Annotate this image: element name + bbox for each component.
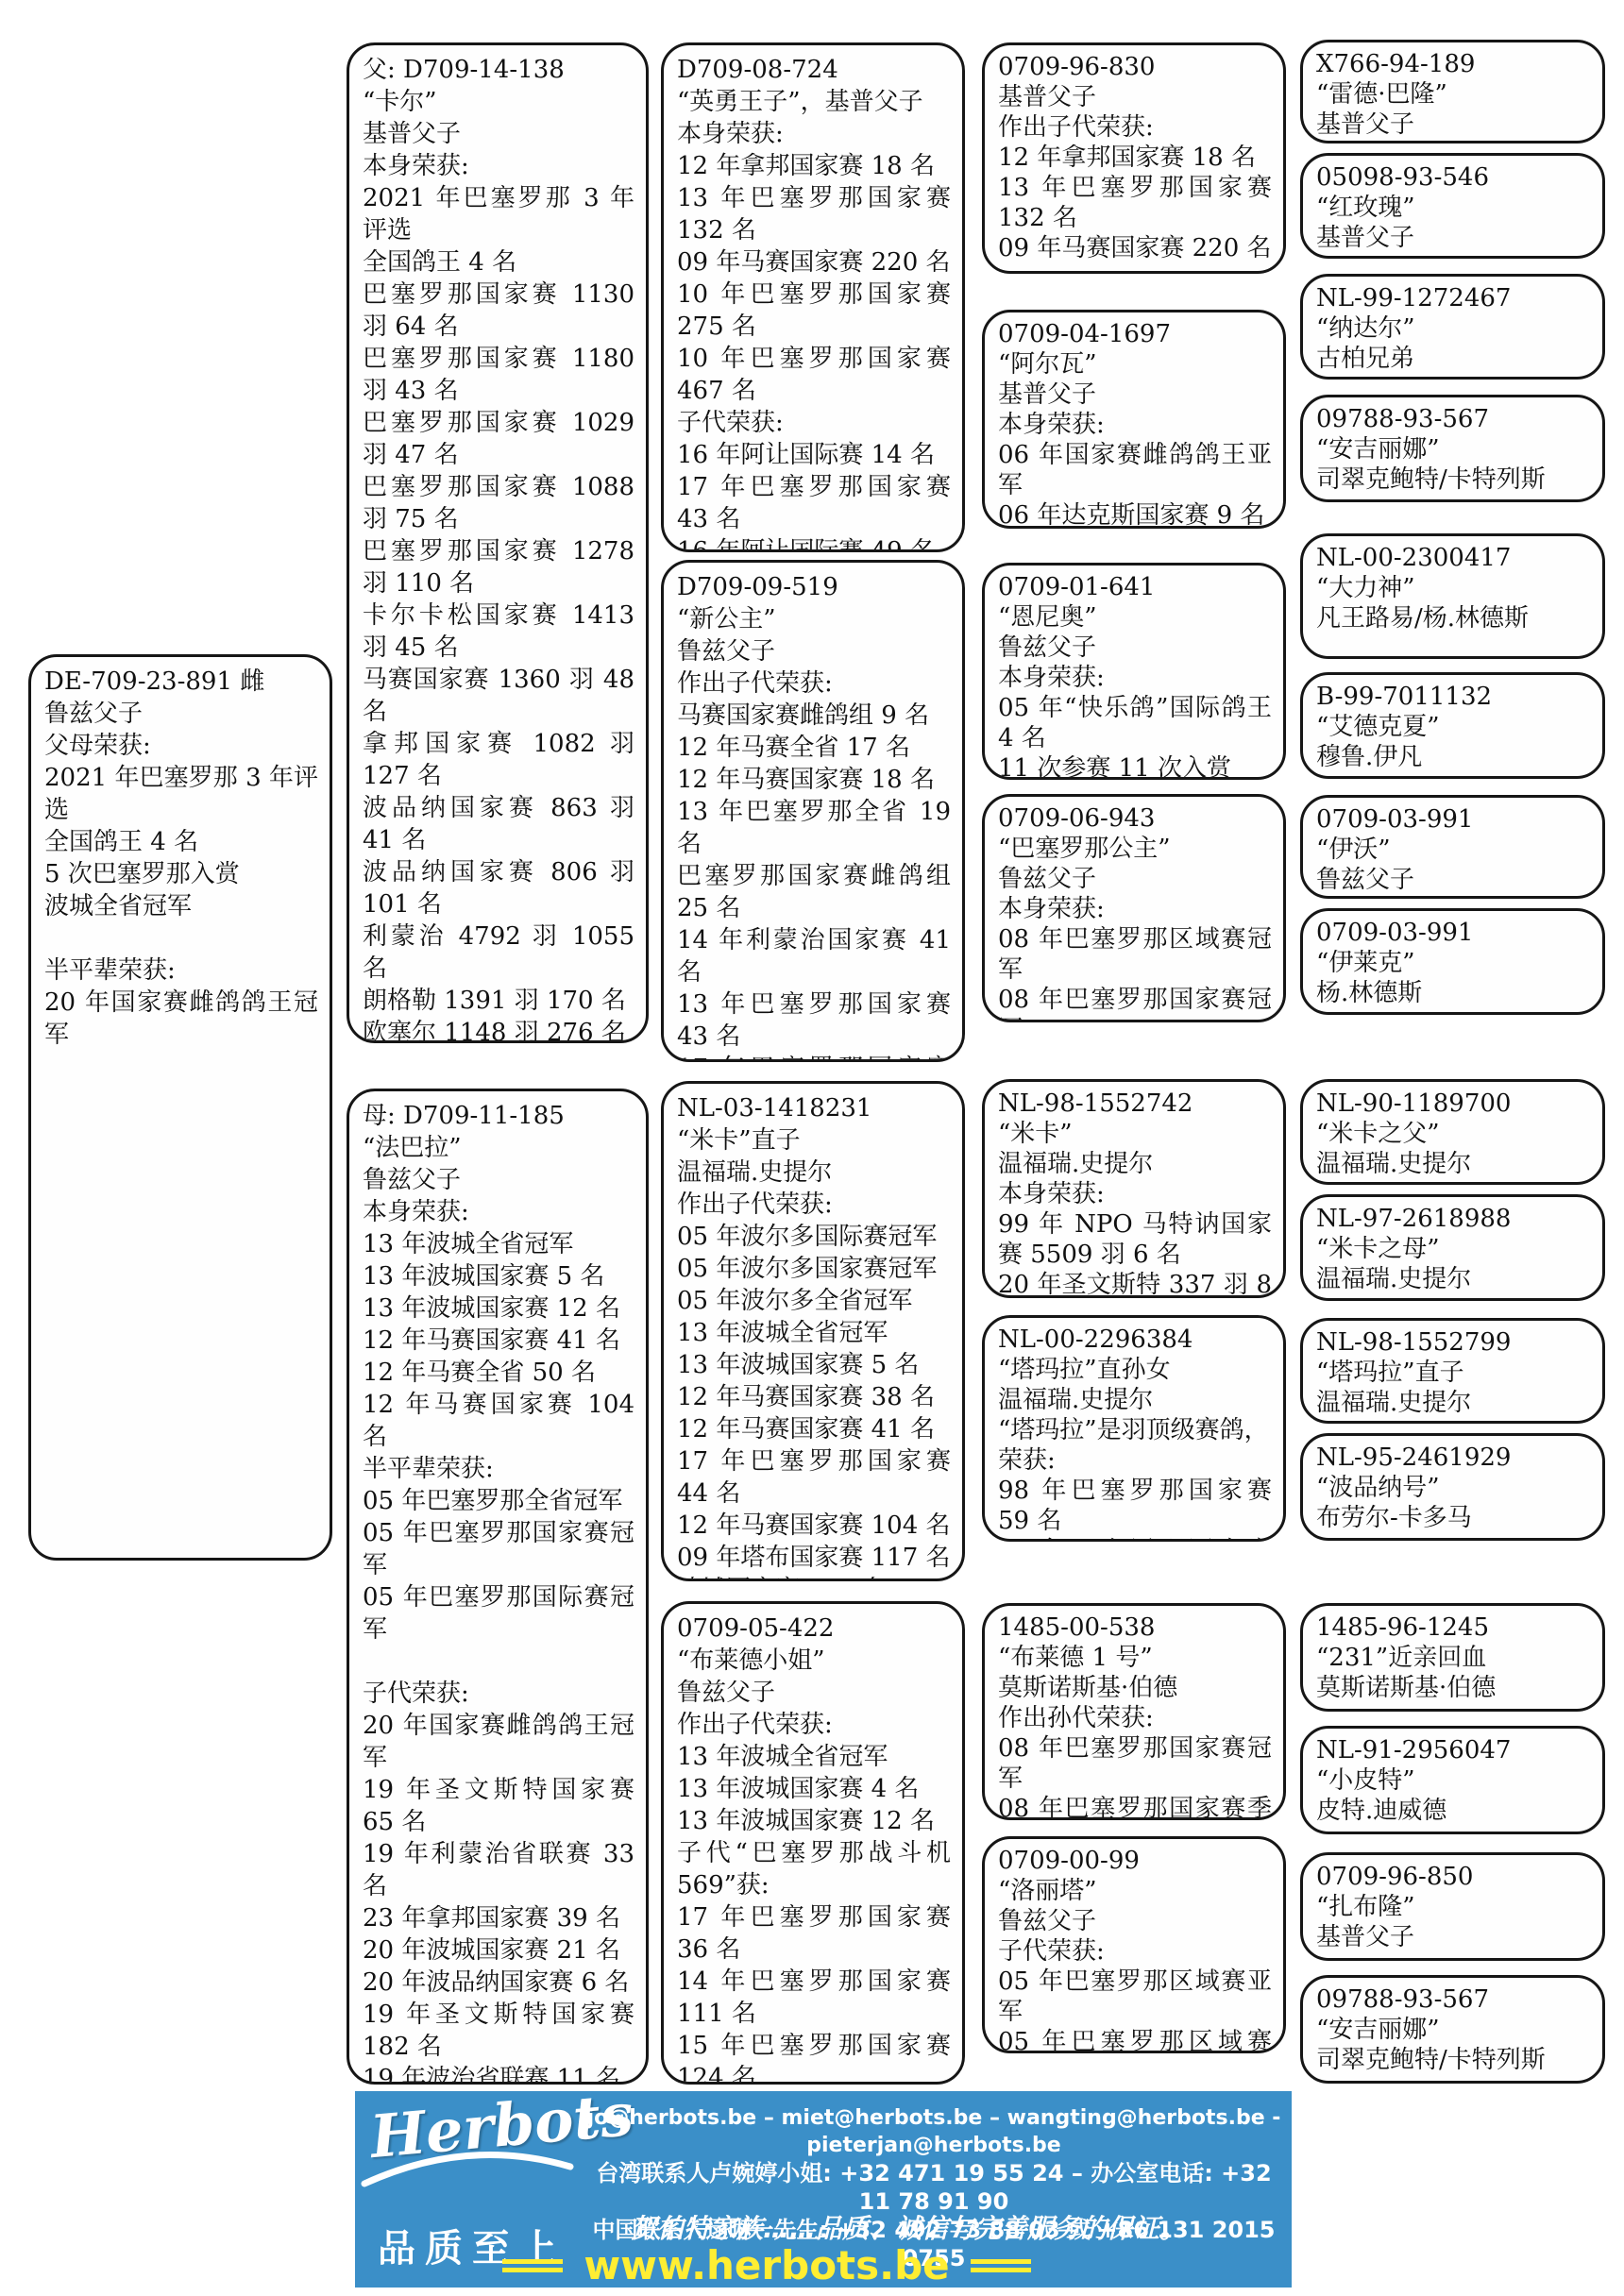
text-line: 12 年马赛国家赛 38 名 <box>677 1381 951 1413</box>
text-line: 09 年塔布国家赛 117 名 <box>677 1542 951 1574</box>
text-line: “伊沃” <box>1316 835 1591 865</box>
text-line: 作出子代荣获: <box>677 667 951 700</box>
text-line: 0709-06-943 <box>998 803 1272 834</box>
pedigree-box-father: 父: D709-14-138“卡尔”基普父子本身荣获:2021 年巴塞罗那 3 … <box>347 42 649 1043</box>
text-line: 本身荣获: <box>998 1179 1272 1209</box>
text-line: 05 年波尔多国家赛冠军 <box>677 1253 951 1285</box>
text-line: 穆鲁.伊凡 <box>1316 742 1591 772</box>
text-line: 20 年波品纳国家赛 6 名 <box>363 1967 634 1999</box>
text-line: “塔玛拉”是羽顶级赛鸽， <box>998 1415 1272 1445</box>
text-line: 13 年波城全省冠军 <box>677 1317 951 1349</box>
text-line: 12 年拿邦国家赛 18 名 <box>677 150 951 182</box>
text-line: 08 年巴塞罗那区域赛冠军 <box>998 924 1272 985</box>
text-line: “安吉丽娜” <box>1316 434 1591 464</box>
text-line: 温福瑞.史提尔 <box>677 1156 951 1189</box>
text-line: 作出子代荣获: <box>677 1709 951 1741</box>
text-line: 05098-93-546 <box>1316 162 1591 193</box>
text-line: 布劳尔-卡多马 <box>1316 1503 1591 1533</box>
text-line: “米卡”直子 <box>677 1124 951 1156</box>
text-line: 15 年巴塞罗那国家赛 124 名 <box>677 2030 951 2085</box>
text-line: 99 年 NPO 马特讷国家赛 5509 羽 6 名 <box>998 1209 1272 1270</box>
text-line: 09788-93-567 <box>1316 404 1591 434</box>
text-line: 19 年利蒙治省联赛 33 名 <box>363 1838 634 1902</box>
footer-tagline: 贺伯特家族……品质、诚信与完善服务的保证。 <box>525 2208 1292 2246</box>
text-line: 温福瑞.史提尔 <box>1316 1149 1591 1179</box>
pedigree-box-gen5-5: NL-00-2300417“大力神”凡王路易/杨.林德斯 <box>1300 533 1605 659</box>
text-line: 司翠克鲍特/卡特列斯 <box>1316 2045 1591 2075</box>
text-line: 巴塞罗那国家赛 1088 羽 75 名 <box>363 471 634 535</box>
text-line: 波品纳国家赛 806 羽 101 名 <box>363 856 634 920</box>
pedigree-box-gen3-1: D709-08-724“英勇王子”，基普父子本身荣获:12 年拿邦国家赛 18 … <box>661 42 965 552</box>
text-line: 全国鸽王 4 名 <box>44 826 318 858</box>
text-line: 鲁兹父子 <box>44 698 318 730</box>
pedigree-box-gen4-6: NL-00-2296384“塔玛拉”直孙女温福瑞.史提尔“塔玛拉”是羽顶级赛鸽，… <box>982 1315 1286 1542</box>
text-line: “雷德·巴隆” <box>1316 79 1591 110</box>
footer-banner: Herbots 品质至上 jo@herbots.be – miet@herbot… <box>355 2091 1292 2288</box>
text-line: 11 次参赛 11 次入赏 <box>998 753 1272 780</box>
text-line: NL-00-2300417 <box>1316 543 1591 573</box>
text-line: 17 年巴塞罗那国家赛 43 名 <box>677 1053 951 1062</box>
text-line: 06 年达克斯国家赛 9 名 <box>998 500 1272 529</box>
text-line: 杨.林德斯 <box>1316 978 1591 1008</box>
text-line: 05 年巴塞罗那区域赛 19 名 <box>998 2027 1272 2053</box>
pedigree-box-gen3-3: NL-03-1418231“米卡”直子温福瑞.史提尔作出子代荣获:05 年波尔多… <box>661 1081 965 1581</box>
pedigree-document: DE-709-23-891 雌鲁兹父子父母荣获:2021 年巴塞罗那 3 年评选… <box>0 0 1624 2296</box>
text-line: 0709-04-1697 <box>998 319 1272 349</box>
pedigree-box-gen5-10: NL-97-2618988“米卡之母”温福瑞.史提尔 <box>1300 1194 1605 1301</box>
text-line: 温福瑞.史提尔 <box>1316 1264 1591 1294</box>
text-line: 莫斯诺斯基·伯德 <box>998 1673 1272 1703</box>
text-line: 20 年波城国家赛 21 名 <box>363 1934 634 1967</box>
text-line: 鲁兹父子 <box>677 1677 951 1709</box>
text-line: 基普父子 <box>363 118 634 150</box>
text-line: “米卡之母” <box>1316 1234 1591 1264</box>
text-line: 05 年波尔多全省冠军 <box>677 1285 951 1317</box>
text-line: “扎布隆” <box>1316 1892 1591 1922</box>
pedigree-box-mother: 母: D709-11-185“法巴拉”鲁兹父子本身荣获:13 年波城全省冠军13… <box>347 1089 649 2085</box>
pedigree-box-gen5-15: 0709-96-850“扎布隆”基普父子 <box>1300 1852 1605 1961</box>
text-line: 基普父子 <box>1316 223 1591 253</box>
text-line: 05 年巴塞罗那区域赛亚军 <box>998 1967 1272 2027</box>
text-line: 鲁兹父子 <box>998 1906 1272 1936</box>
text-line: 作出孙代荣获: <box>998 1703 1272 1733</box>
text-line: “卡尔” <box>363 86 634 118</box>
text-line: 13 年巴塞罗那国家赛 43 名 <box>677 988 951 1053</box>
text-line: “巴塞罗那公主” <box>998 834 1272 864</box>
text-line: 本身荣获: <box>363 150 634 182</box>
text-line: 子代荣获: <box>998 1936 1272 1967</box>
text-line: 17 年巴塞罗那国家赛 36 名 <box>677 1901 951 1966</box>
text-line: “小皮特” <box>1316 1765 1591 1796</box>
text-line: NL-00-2296384 <box>998 1325 1272 1355</box>
text-line: 1485-00-538 <box>998 1612 1272 1643</box>
footer-website-url: www.herbots.be <box>584 2242 949 2288</box>
text-line: 98 年巴塞罗那国家赛 59 名 <box>998 1476 1272 1536</box>
text-line: 父: D709-14-138 <box>363 54 634 86</box>
text-line: 12 年马赛国家赛 104 名 <box>677 1510 951 1542</box>
text-line: 基普父子 <box>1316 110 1591 140</box>
text-line: 子代“巴塞罗那战斗机 569”获: <box>677 1837 951 1901</box>
text-line: 巴塞罗那国家赛 1130 羽 64 名 <box>363 279 634 343</box>
text-line: 温福瑞.史提尔 <box>1316 1388 1591 1418</box>
text-line: 05 年波尔多国际赛冠军 <box>677 1221 951 1253</box>
text-line: 13 年波城全省冠军 <box>677 1741 951 1773</box>
text-line: 0709-01-641 <box>998 572 1272 602</box>
text-line: 莫斯诺斯基·伯德 <box>1316 1673 1591 1703</box>
text-line: 09788-93-567 <box>1316 1984 1591 2015</box>
text-line: NL-97-2618988 <box>1316 1204 1591 1234</box>
url-decoration-left <box>502 2259 563 2272</box>
text-line: “恩尼奥” <box>998 602 1272 633</box>
text-line: 05 年“快乐鸽”国际鸽王 4 名 <box>998 693 1272 753</box>
text-line: “艾德克夏” <box>1316 712 1591 742</box>
text-line: 作出子代荣获: <box>998 112 1272 143</box>
text-line: 鲁兹父子 <box>998 633 1272 663</box>
pedigree-box-gen5-9: NL-90-1189700“米卡之父”温福瑞.史提尔 <box>1300 1079 1605 1185</box>
text-line: 19 年圣文斯特国家赛 65 名 <box>363 1774 634 1838</box>
text-line: 巴塞罗那国家赛雌鸽组 25 名 <box>677 860 951 924</box>
text-line: 波城国家赛 194 名 <box>677 1574 951 1581</box>
text-line: 20 年国家赛雌鸽鸽王冠军 <box>363 1710 634 1774</box>
text-line: 全国鸽王 4 名 <box>363 246 634 279</box>
pedigree-box-gen4-5: NL-98-1552742“米卡”温福瑞.史提尔本身荣获:99 年 NPO 马特… <box>982 1079 1286 1298</box>
pedigree-box-gen4-2: 0709-04-1697“阿尔瓦”基普父子本身荣获:06 年国家赛雌鸽鸽王亚军0… <box>982 310 1286 529</box>
text-line: 13 年波城国家赛 5 名 <box>363 1260 634 1292</box>
text-line: 巴塞罗那国家赛 1029 羽 47 名 <box>363 407 634 471</box>
pedigree-box-gen5-6: B-99-7011132“艾德克夏”穆鲁.伊凡 <box>1300 672 1605 779</box>
text-line: DE-709-23-891 雌 <box>44 666 318 698</box>
pedigree-box-gen5-16: 09788-93-567“安吉丽娜”司翠克鲍特/卡特列斯 <box>1300 1975 1605 2084</box>
text-line: “米卡” <box>998 1119 1272 1149</box>
text-line: 13 年巴塞罗那国家赛 132 名 <box>998 173 1272 233</box>
text-line: 基普父子 <box>998 82 1272 112</box>
text-line: 作出子代荣获: <box>677 1189 951 1221</box>
pedigree-box-gen5-2: 05098-93-546“红玫瑰”基普父子 <box>1300 153 1605 259</box>
text-line: 05 年巴塞罗那全省冠军 <box>363 1485 634 1517</box>
text-line: NL-03-1418231 <box>677 1092 951 1124</box>
text-line: NL-95-2461929 <box>1316 1443 1591 1473</box>
text-line: 12 年拿邦国家赛 18 名 <box>998 143 1272 173</box>
text-line: “布莱德 1 号” <box>998 1643 1272 1673</box>
text-line <box>363 1646 634 1678</box>
text-line: 半平辈荣获: <box>44 954 318 987</box>
text-line: 13 年波城全省冠军 <box>363 1228 634 1260</box>
text-line: 05 年巴塞罗那国家赛冠军 <box>363 1517 634 1581</box>
text-line: 子代荣获: <box>363 1678 634 1710</box>
footer-emails: jo@herbots.be – miet@herbots.be – wangti… <box>580 2104 1288 2159</box>
text-line: 19 年圣文斯特国家赛 182 名 <box>363 1999 634 2063</box>
url-decoration-right <box>971 2259 1031 2272</box>
text-line: D709-09-519 <box>677 571 951 603</box>
pedigree-box-gen5-12: NL-95-2461929“波品纳号”布劳尔-卡多马 <box>1300 1433 1605 1541</box>
text-line: X766-94-189 <box>1316 49 1591 79</box>
text-line: “安吉丽娜” <box>1316 2015 1591 2045</box>
text-line: 12 年马赛全省 50 名 <box>363 1357 634 1389</box>
text-line: 2021 年巴塞罗那 3 年评选 <box>363 182 634 246</box>
text-line: 马赛国家赛 1360 羽 48 名 <box>363 664 634 728</box>
text-line: 巴塞罗那国家赛 1180 羽 43 名 <box>363 343 634 407</box>
text-line: 古柏兄弟 <box>1316 344 1591 374</box>
text-line: 拿邦国家赛 1082 羽 127 名 <box>363 728 634 792</box>
text-line: 2021 年巴塞罗那 3 年评选 <box>44 762 318 826</box>
pedigree-box-gen5-11: NL-98-1552799“塔玛拉”直子温福瑞.史提尔 <box>1300 1318 1605 1424</box>
text-line: 鲁兹父子 <box>363 1164 634 1196</box>
pedigree-box-gen4-3: 0709-01-641“恩尼奥”鲁兹父子本身荣获:05 年“快乐鸽”国际鸽王 4… <box>982 563 1286 780</box>
text-line: NL-91-2956047 <box>1316 1735 1591 1765</box>
text-line: “伊莱克” <box>1316 948 1591 978</box>
text-line: 14 年利蒙治国家赛 41 名 <box>677 924 951 988</box>
text-line: 23 年拿邦国家赛 39 名 <box>363 1902 634 1934</box>
text-line <box>44 922 318 954</box>
text-line: 09 年马赛国家赛 220 名 <box>998 233 1272 263</box>
text-line: 皮特.迪威德 <box>1316 1796 1591 1826</box>
text-line: 0709-96-850 <box>1316 1862 1591 1892</box>
text-line: “布莱德小姐” <box>677 1645 951 1677</box>
text-line: 09 年马赛国家赛 220 名 <box>677 246 951 279</box>
pedigree-box-gen5-4: 09788-93-567“安吉丽娜”司翠克鲍特/卡特列斯 <box>1300 395 1605 502</box>
text-line: 13 年巴塞罗那全省 19 名 <box>677 796 951 860</box>
text-line: 半平辈荣获: <box>363 1453 634 1485</box>
text-line: “纳达尔” <box>1316 313 1591 344</box>
text-line: 12 年马赛国家赛 104 名 <box>363 1389 634 1453</box>
text-line: “塔玛拉”直孙女 <box>998 1355 1272 1385</box>
text-line: 19 年波治省联赛 11 名 <box>363 2063 634 2085</box>
text-line: “洛丽塔” <box>998 1876 1272 1906</box>
text-line: “法巴拉” <box>363 1132 634 1164</box>
text-line: 16 年阿让国际赛 49 名 <box>677 535 951 552</box>
text-line: 朗格勒 1391 羽 170 名 <box>363 985 634 1017</box>
pedigree-box-gen5-8: 0709-03-991“伊莱克”杨.林德斯 <box>1300 908 1605 1015</box>
text-line: 欧塞尔 1148 羽 276 名 <box>363 1017 634 1043</box>
text-line: “红玫瑰” <box>1316 193 1591 223</box>
text-line: 17 年巴塞罗那国家赛 44 名 <box>677 1445 951 1510</box>
text-line: 本身荣获: <box>998 410 1272 440</box>
text-line: 16 年阿让国际赛 14 名 <box>677 439 951 471</box>
text-line: 0709-03-991 <box>1316 918 1591 948</box>
text-line: 基普父子 <box>1316 1922 1591 1952</box>
text-line: D709-08-724 <box>677 54 951 86</box>
text-line: 本身荣获: <box>677 118 951 150</box>
text-line: 父母荣获: <box>44 730 318 762</box>
pedigree-box-gen5-14: NL-91-2956047“小皮特”皮特.迪威德 <box>1300 1726 1605 1834</box>
text-line: 20 年圣文斯特 337 羽 8 名 <box>998 1270 1272 1298</box>
footer-url-row: www.herbots.be <box>355 2242 1178 2288</box>
text-line: 13 年波城国家赛 5 名 <box>677 1349 951 1381</box>
text-line: “波品纳号” <box>1316 1473 1591 1503</box>
text-line: 温福瑞.史提尔 <box>998 1385 1272 1415</box>
text-line: 鲁兹父子 <box>1316 865 1591 895</box>
text-line: 子代荣获: <box>677 407 951 439</box>
text-line: 10 年巴塞罗那国家赛 467 名 <box>677 343 951 407</box>
text-line: 卡尔卡松国家赛 1413 羽 45 名 <box>363 599 634 664</box>
text-line: 本身荣获: <box>363 1196 634 1228</box>
pedigree-box-gen4-4: 0709-06-943“巴塞罗那公主”鲁兹父子本身荣获:08 年巴塞罗那区域赛冠… <box>982 794 1286 1022</box>
text-line: “231”近亲回血 <box>1316 1643 1591 1673</box>
text-line: 12 年马赛全省 17 名 <box>677 732 951 764</box>
text-line: 13 年波城国家赛 4 名 <box>677 1773 951 1805</box>
text-line: 凡王路易/杨.林德斯 <box>1316 603 1591 633</box>
text-line: 12 年马赛国家赛 18 名 <box>677 764 951 796</box>
text-line: B-99-7011132 <box>1316 682 1591 712</box>
text-line: “米卡之父” <box>1316 1119 1591 1149</box>
text-line: 08 年巴塞罗那国家赛季军 <box>998 1794 1272 1820</box>
text-line: NL-99-1272467 <box>1316 283 1591 313</box>
text-line: 利蒙治 4792 羽 1055 名 <box>363 920 634 985</box>
text-line: NL-98-1552742 <box>998 1089 1272 1119</box>
text-line: 荣获: <box>998 1445 1272 1476</box>
text-line: 马赛国家赛雌鸽组 9 名 <box>677 700 951 732</box>
text-line: 13 年巴塞罗那国家赛 132 名 <box>677 182 951 246</box>
text-line: “阿尔瓦” <box>998 349 1272 380</box>
pedigree-box-main: DE-709-23-891 雌鲁兹父子父母荣获:2021 年巴塞罗那 3 年评选… <box>28 654 332 1561</box>
text-line: NL-98-1552799 <box>1316 1327 1591 1358</box>
text-line: 20 年国家赛雌鸽鸽王冠军 <box>44 987 318 1051</box>
text-line: 鲁兹父子 <box>998 864 1272 894</box>
text-line: 17 年巴塞罗那国家赛 43 名 <box>677 471 951 535</box>
text-line: 鲁兹父子 <box>677 635 951 667</box>
text-line: 08 年巴塞罗那国家赛冠军 <box>998 985 1272 1022</box>
text-line: “新公主” <box>677 603 951 635</box>
text-line: 波品纳国家赛 863 羽 41 名 <box>363 792 634 856</box>
logo-swoosh-icon <box>359 2150 576 2189</box>
text-line: “英勇王子”，基普父子 <box>677 86 951 118</box>
text-line: 温福瑞.史提尔 <box>998 1149 1272 1179</box>
text-line: 12 年马赛国家赛 41 名 <box>677 1413 951 1445</box>
text-line: 08 年巴塞罗那国家赛冠军 <box>998 1733 1272 1794</box>
text-line: 0709-05-422 <box>677 1612 951 1645</box>
text-line: NL-90-1189700 <box>1316 1089 1591 1119</box>
text-line: 06 年国家赛雌鸽鸽王亚军 <box>998 440 1272 500</box>
pedigree-box-gen4-7: 1485-00-538“布莱德 1 号”莫斯诺斯基·伯德作出孙代荣获:08 年巴… <box>982 1603 1286 1820</box>
text-line: 05 年巴塞罗那国际赛冠军 <box>363 1581 634 1646</box>
pedigree-box-gen5-3: NL-99-1272467“纳达尔”古柏兄弟 <box>1300 274 1605 380</box>
text-line: 99 年巴塞罗那国家赛 88 名 <box>998 1536 1272 1542</box>
footer-taiwan-contact: 台湾联系人卢婉婷小姐: +32 471 19 55 24 – 办公室电话: +3… <box>580 2159 1288 2216</box>
text-line: 0709-00-99 <box>998 1846 1272 1876</box>
text-line: 司翠克鲍特/卡特列斯 <box>1316 464 1591 495</box>
text-line: 5 次巴塞罗那入赏 <box>44 858 318 890</box>
text-line: “大力神” <box>1316 573 1591 603</box>
text-line: 本身荣获: <box>998 894 1272 924</box>
text-line: 波城全省冠军 <box>44 890 318 922</box>
text-line: 14 年巴塞罗那国家赛 111 名 <box>677 1966 951 2030</box>
text-line: 13 年波城国家赛 12 名 <box>363 1292 634 1325</box>
text-line: 12 年马赛国家赛 41 名 <box>363 1325 634 1357</box>
text-line: 0709-03-991 <box>1316 804 1591 835</box>
text-line: 0709-96-830 <box>998 52 1272 82</box>
pedigree-box-gen4-1: 0709-96-830基普父子作出子代荣获:12 年拿邦国家赛 18 名13 年… <box>982 42 1286 274</box>
text-line: 母: D709-11-185 <box>363 1100 634 1132</box>
text-line: 基普父子 <box>998 380 1272 410</box>
text-line: 13 年波城国家赛 12 名 <box>677 1805 951 1837</box>
pedigree-box-gen3-4: 0709-05-422“布莱德小姐”鲁兹父子作出子代荣获:13 年波城全省冠军1… <box>661 1601 965 2085</box>
pedigree-box-gen5-1: X766-94-189“雷德·巴隆”基普父子 <box>1300 40 1605 143</box>
pedigree-box-gen3-2: D709-09-519“新公主”鲁兹父子作出子代荣获:马赛国家赛雌鸽组 9 名1… <box>661 560 965 1062</box>
text-line: 1485-96-1245 <box>1316 1612 1591 1643</box>
text-line: “塔玛拉”直子 <box>1316 1358 1591 1388</box>
pedigree-box-gen5-13: 1485-96-1245“231”近亲回血莫斯诺斯基·伯德 <box>1300 1603 1605 1712</box>
text-line: 本身荣获: <box>998 663 1272 693</box>
text-line: 巴塞罗那国家赛 1278 羽 110 名 <box>363 535 634 599</box>
text-line: 10 年巴塞罗那国家赛 275 名 <box>677 279 951 343</box>
pedigree-box-gen4-8: 0709-00-99“洛丽塔”鲁兹父子子代荣获:05 年巴塞罗那区域赛亚军05 … <box>982 1836 1286 2053</box>
pedigree-box-gen5-7: 0709-03-991“伊沃”鲁兹父子 <box>1300 795 1605 899</box>
